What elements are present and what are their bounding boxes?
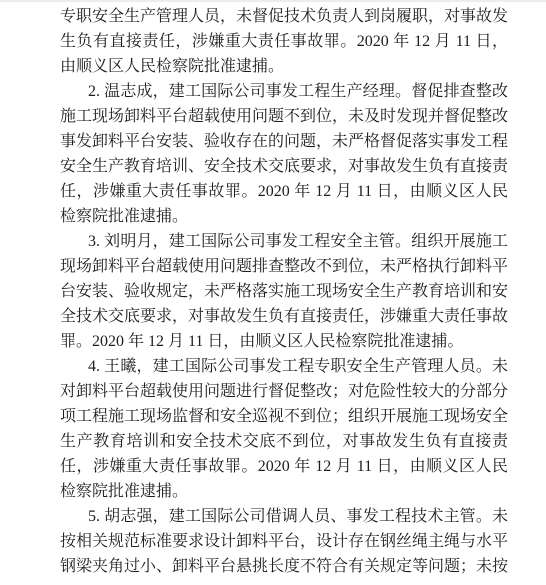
paragraph-person-3: 3. 刘明月，建工国际公司事发工程安全主管。组织开展施工现场卸料平台超载使用问题…	[60, 229, 508, 354]
document-page: 专职安全生产管理人员，未督促技术负责人到岗履职，对事故发生负有直接责任，涉嫌重大…	[0, 0, 546, 585]
paragraph-person-2: 2. 温志成，建工国际公司事发工程生产经理。督促排查整改施工现场卸料平台超载使用…	[60, 79, 508, 229]
paragraph-person-5: 5. 胡志强，建工国际公司借调人员、事发工程技术主管。未按相关规范标准要求设计卸…	[60, 504, 508, 579]
paragraph-continuation: 专职安全生产管理人员，未督促技术负责人到岗履职，对事故发生负有直接责任，涉嫌重大…	[60, 4, 508, 79]
paragraph-person-4: 4. 王曦，建工国际公司事发工程专职安全生产管理人员。未对卸料平台超载使用问题进…	[60, 354, 508, 504]
document-text-block: 专职安全生产管理人员，未督促技术负责人到岗履职，对事故发生负有直接责任，涉嫌重大…	[0, 2, 546, 579]
